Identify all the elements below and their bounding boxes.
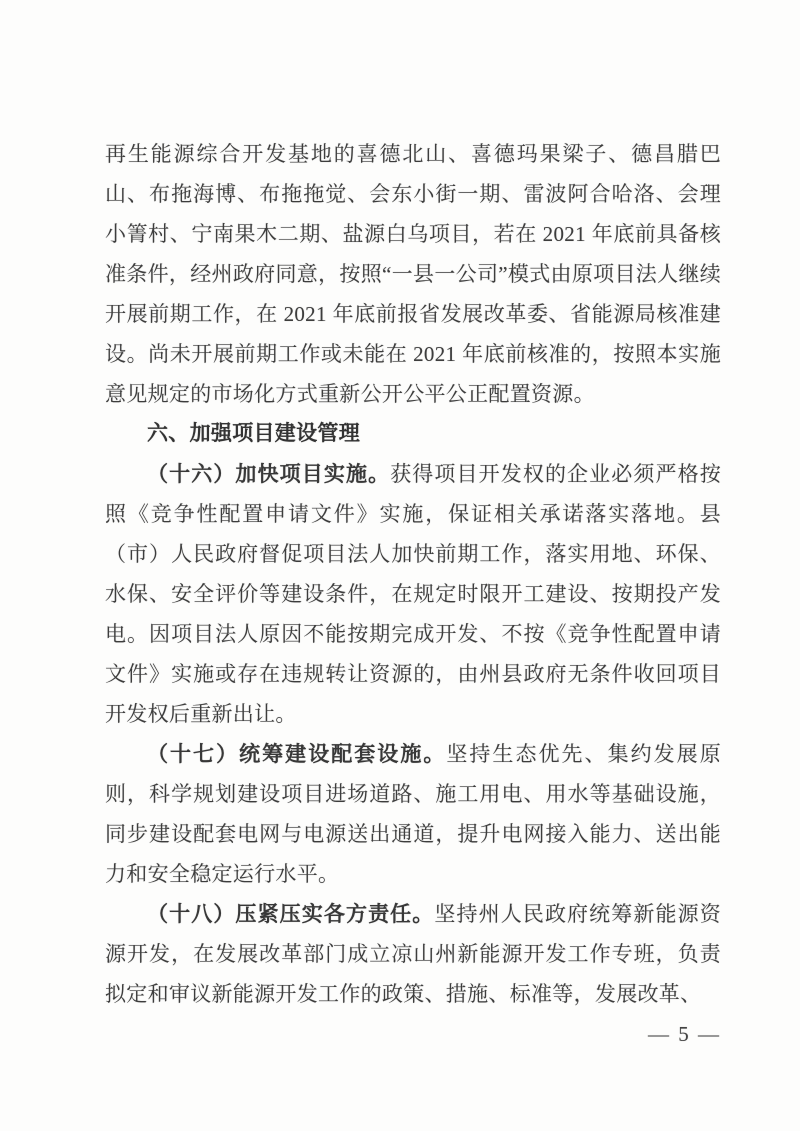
paragraph-17: （十七）统筹建设配套设施。坚持生态优先、集约发展原则，科学规划建设项目进场道路、… — [105, 734, 721, 894]
paragraph-16-body: 获得项目开发权的企业必须严格按照《竞争性配置申请文件》实施，保证相关承诺落实落地… — [105, 462, 721, 726]
paragraph-continuation: 再生能源综合开发基地的喜德北山、喜德玛果梁子、德昌腊巴山、布拖海博、布拖拖觉、会… — [105, 134, 721, 414]
section-heading: 六、加强项目建设管理 — [105, 414, 721, 454]
paragraph-18: （十八）压紧压实各方责任。坚持州人民政府统筹新能源资源开发，在发展改革部门成立凉… — [105, 894, 721, 1014]
document-page: 再生能源综合开发基地的喜德北山、喜德玛果梁子、德昌腊巴山、布拖海博、布拖拖觉、会… — [0, 0, 800, 1131]
paragraph-16-lead: （十六）加快项目实施。 — [147, 462, 390, 486]
paragraph-16: （十六）加快项目实施。获得项目开发权的企业必须严格按照《竞争性配置申请文件》实施… — [105, 454, 721, 734]
paragraph-18-lead: （十八）压紧压实各方责任。 — [147, 902, 434, 926]
paragraph-17-lead: （十七）统筹建设配套设施。 — [147, 742, 446, 766]
page-number: — 5 — — [105, 1014, 721, 1054]
